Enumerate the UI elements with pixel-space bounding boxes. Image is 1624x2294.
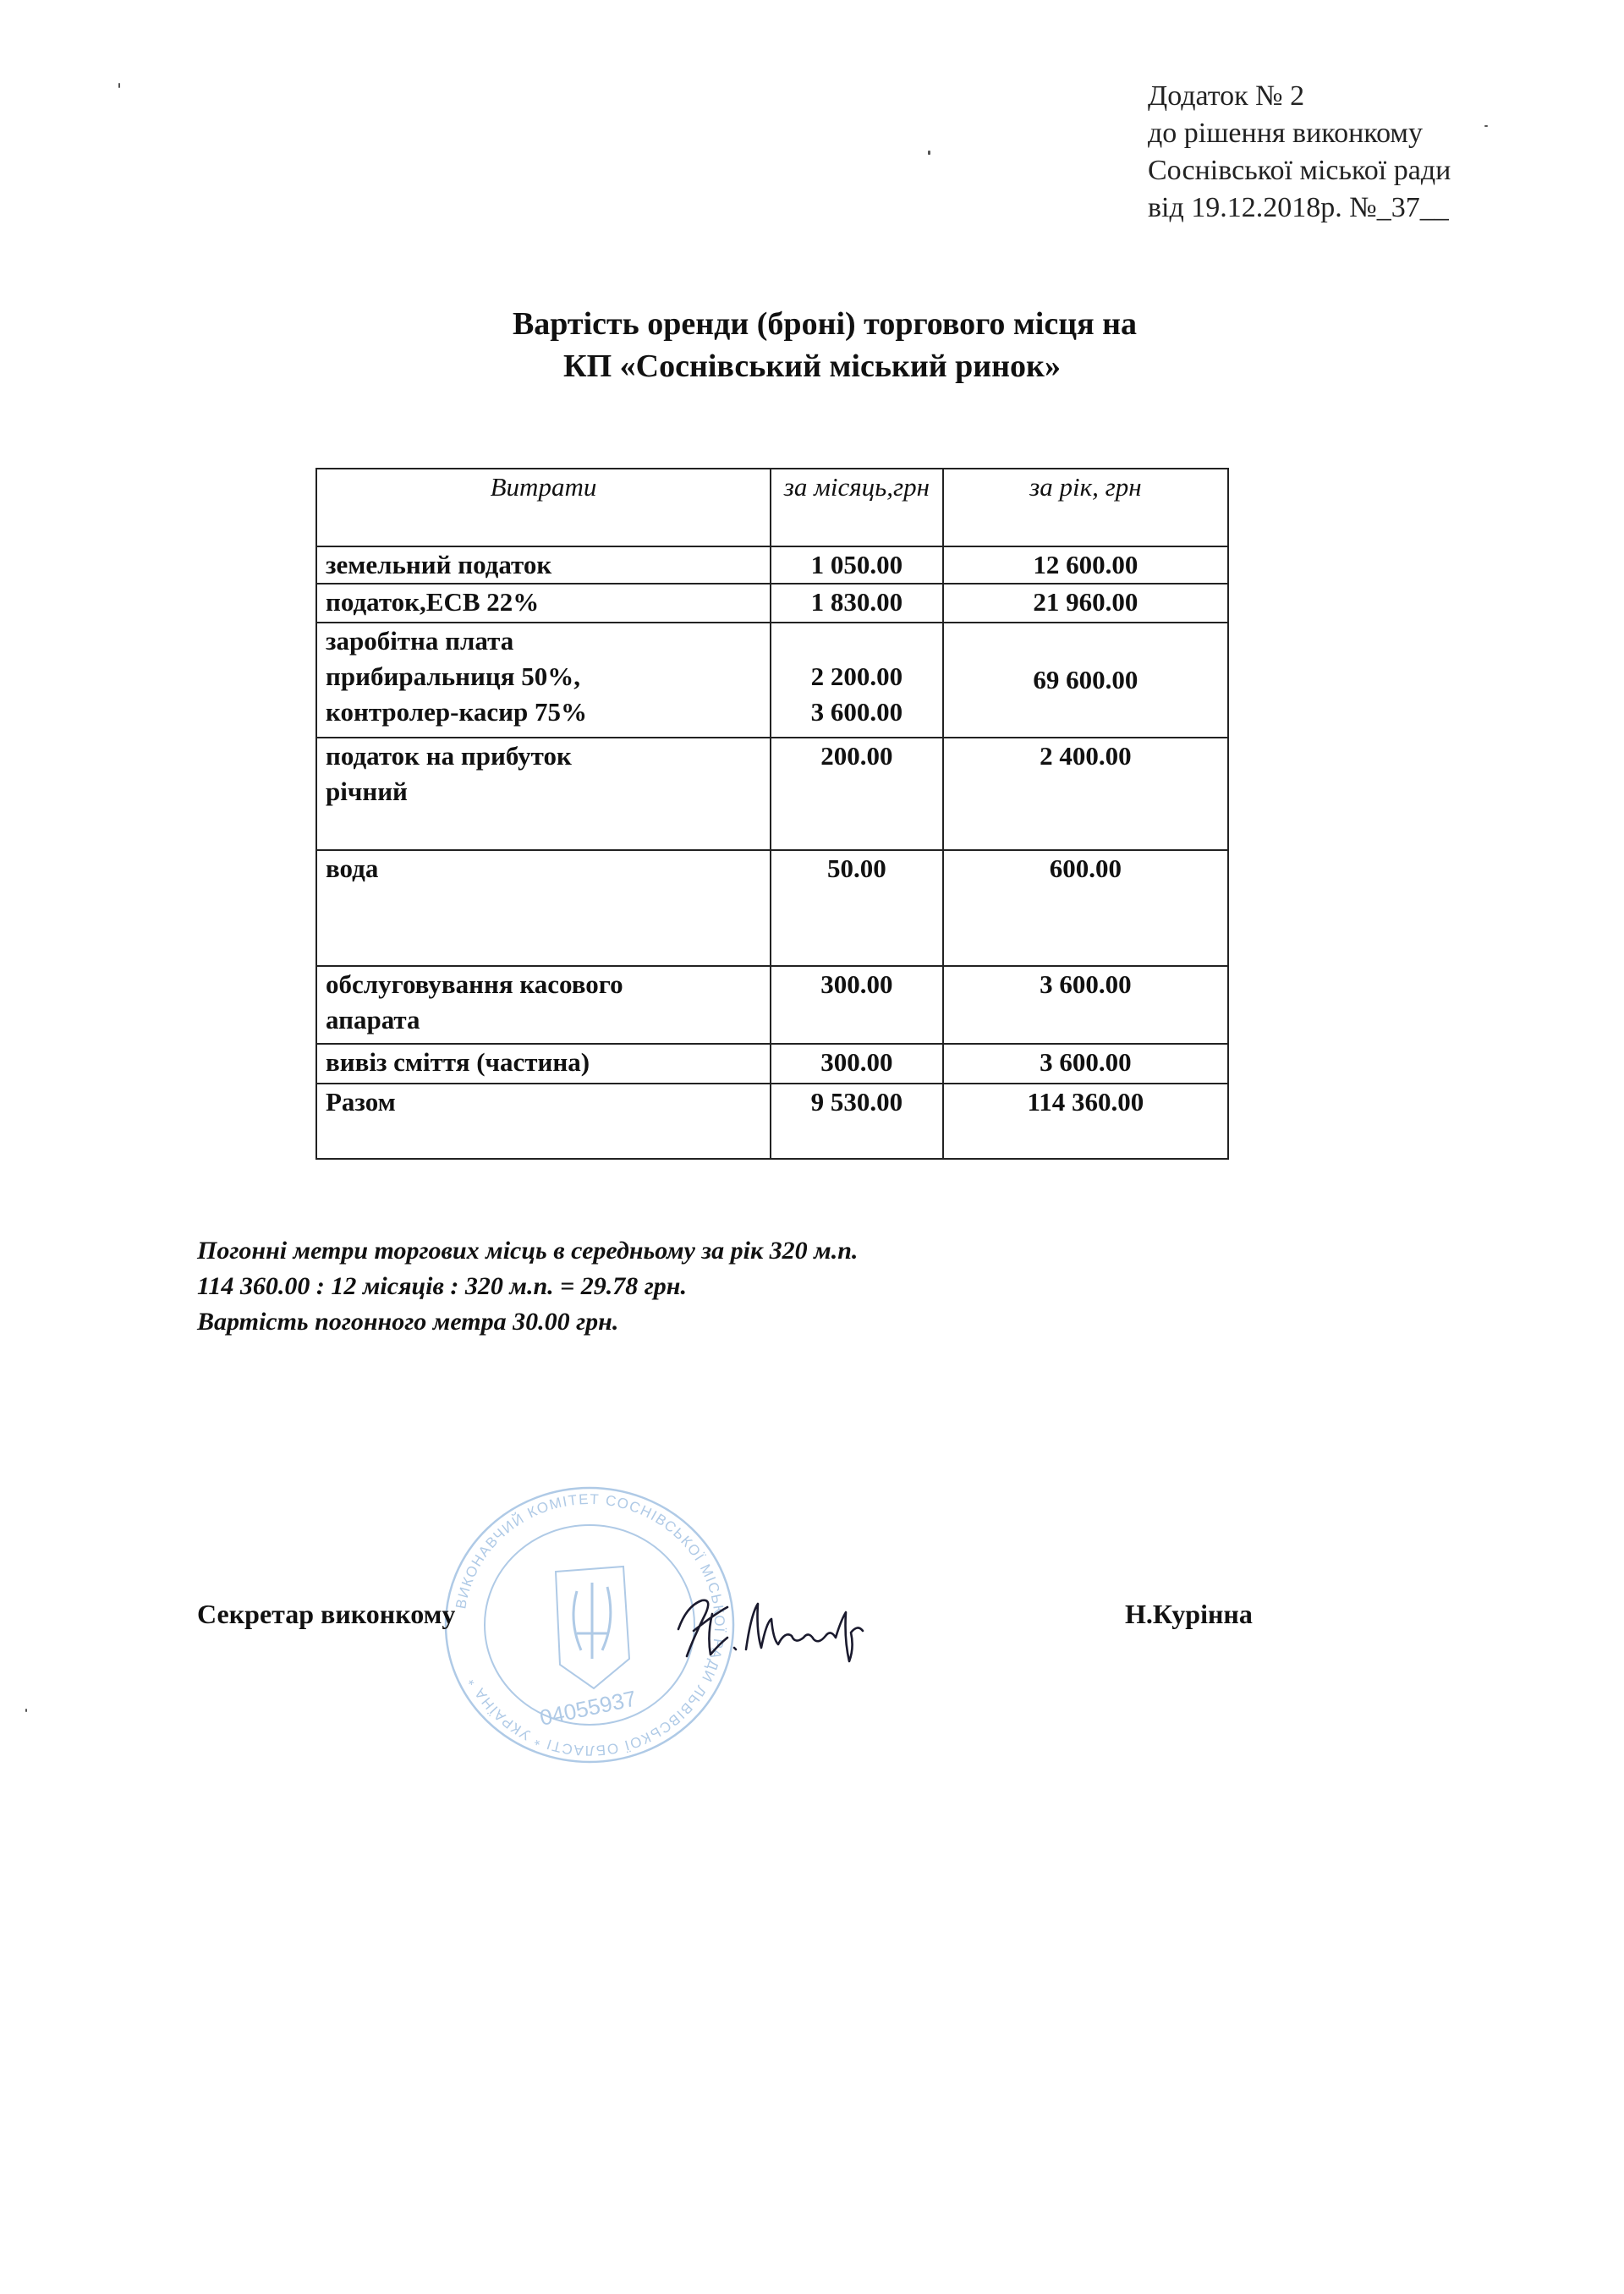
monthly-value-line: 2 200.00 (778, 659, 935, 694)
scan-speck (928, 151, 930, 155)
expense-name-line: заробітна плата (326, 623, 763, 659)
monthly-value: 300.00 (771, 1044, 943, 1084)
scan-speck (25, 1709, 27, 1712)
monthly-value-line: 300.00 (778, 1045, 935, 1080)
header-expense: Витрати (316, 469, 771, 546)
expense-name-line: контролер-касир 75% (326, 694, 763, 730)
monthly-value-line: 1 050.00 (778, 547, 935, 583)
expense-name: податок на прибуток річний (316, 738, 771, 850)
total-monthly: 9 530.00 (771, 1084, 943, 1159)
expense-name-line: податок,ЕСВ 22% (326, 584, 763, 620)
note-meter-price: Вартість погонного метра 30.00 грн. (197, 1304, 858, 1340)
scan-speck (1484, 125, 1488, 127)
calculation-notes: Погонні метри торгових місць в середньом… (197, 1233, 858, 1340)
note-calculation: 114 360.00 : 12 місяців : 320 м.п. = 29.… (197, 1269, 858, 1304)
total-label: Разом (316, 1084, 771, 1159)
monthly-value: 50.00 (771, 850, 943, 966)
monthly-value-line: 1 830.00 (778, 584, 935, 620)
stamp-code: 04055937 (537, 1685, 638, 1730)
appendix-date-number: від 19.12.2018р. №_37__ (1148, 189, 1451, 227)
monthly-value-line: 200.00 (778, 738, 935, 774)
expense-name: податок,ЕСВ 22% (316, 584, 771, 623)
header-monthly: за місяць,грн (771, 469, 943, 546)
yearly-value: 12 600.00 (943, 546, 1228, 584)
title-line-2: КП «Соснівський міський ринок» (0, 345, 1624, 387)
yearly-value: 600.00 (943, 850, 1228, 966)
header-monthly-line-2: місяць,грн (814, 472, 930, 502)
expense-name: земельний податок (316, 546, 771, 584)
table-row: вода 50.00 600.00 (316, 850, 1228, 966)
yearly-value: 21 960.00 (943, 584, 1228, 623)
expense-name-line: річний (326, 774, 763, 809)
expense-name-line: податок на прибуток (326, 738, 763, 774)
table-header-row: Витрати за місяць,грн за рік, грн (316, 469, 1228, 546)
yearly-value: 3 600.00 (943, 1044, 1228, 1084)
monthly-value: 1 830.00 (771, 584, 943, 623)
table-total-row: Разом 9 530.00 114 360.00 (316, 1084, 1228, 1159)
monthly-value-line: 300.00 (778, 967, 935, 1002)
expense-name: вода (316, 850, 771, 966)
document-title: Вартість оренди (броні) торгового місця … (0, 303, 1624, 387)
monthly-value-line: 3 600.00 (778, 694, 935, 730)
expense-name-line: апарата (326, 1002, 763, 1038)
note-average-meters: Погонні метри торгових місць в середньом… (197, 1233, 858, 1269)
scan-speck (118, 83, 120, 88)
expense-name: обслуговування касового апарата (316, 966, 771, 1044)
yearly-value: 3 600.00 (943, 966, 1228, 1044)
handwritten-signature (668, 1589, 888, 1665)
expense-name: заробітна плата прибиральниця 50%, контр… (316, 623, 771, 738)
table-row: вивіз сміття (частина) 300.00 3 600.00 (316, 1044, 1228, 1084)
yearly-value: 2 400.00 (943, 738, 1228, 850)
cost-table: Витрати за місяць,грн за рік, грн земель… (315, 468, 1229, 1160)
expense-name: вивіз сміття (частина) (316, 1044, 771, 1084)
signatory-name: Н.Курінна (1125, 1599, 1253, 1630)
header-yearly: за рік, грн (943, 469, 1228, 546)
monthly-value: 300.00 (771, 966, 943, 1044)
signatory-title: Секретар виконкому (197, 1599, 455, 1630)
table-row: податок,ЕСВ 22% 1 830.00 21 960.00 (316, 584, 1228, 623)
expense-name-line: земельний податок (326, 547, 763, 583)
header-monthly-line-1: за (784, 472, 808, 502)
expense-name-line: обслуговування касового (326, 967, 763, 1002)
expense-name-line: прибиральниця 50%, (326, 659, 763, 694)
appendix-header: Додаток № 2 до рішення виконкому Соснівс… (1148, 78, 1451, 227)
table-row: податок на прибуток річний 200.00 2 400.… (316, 738, 1228, 850)
expense-name-line: вода (326, 851, 763, 886)
monthly-value: 200.00 (771, 738, 943, 850)
expense-name-line: вивіз сміття (частина) (326, 1045, 763, 1080)
table-row: обслуговування касового апарата 300.00 3… (316, 966, 1228, 1044)
table-row: заробітна плата прибиральниця 50%, контр… (316, 623, 1228, 738)
monthly-value-line: 50.00 (778, 851, 935, 886)
table-row: земельний податок 1 050.00 12 600.00 (316, 546, 1228, 584)
total-yearly: 114 360.00 (943, 1084, 1228, 1159)
title-line-1: Вартість оренди (броні) торгового місця … (0, 303, 1624, 345)
appendix-number: Додаток № 2 (1148, 78, 1451, 115)
yearly-value: 69 600.00 (943, 623, 1228, 738)
monthly-value: 2 200.00 3 600.00 (771, 623, 943, 738)
monthly-value: 1 050.00 (771, 546, 943, 584)
appendix-decision: до рішення виконкому (1148, 115, 1451, 152)
appendix-council: Соснівської міської ради (1148, 152, 1451, 189)
